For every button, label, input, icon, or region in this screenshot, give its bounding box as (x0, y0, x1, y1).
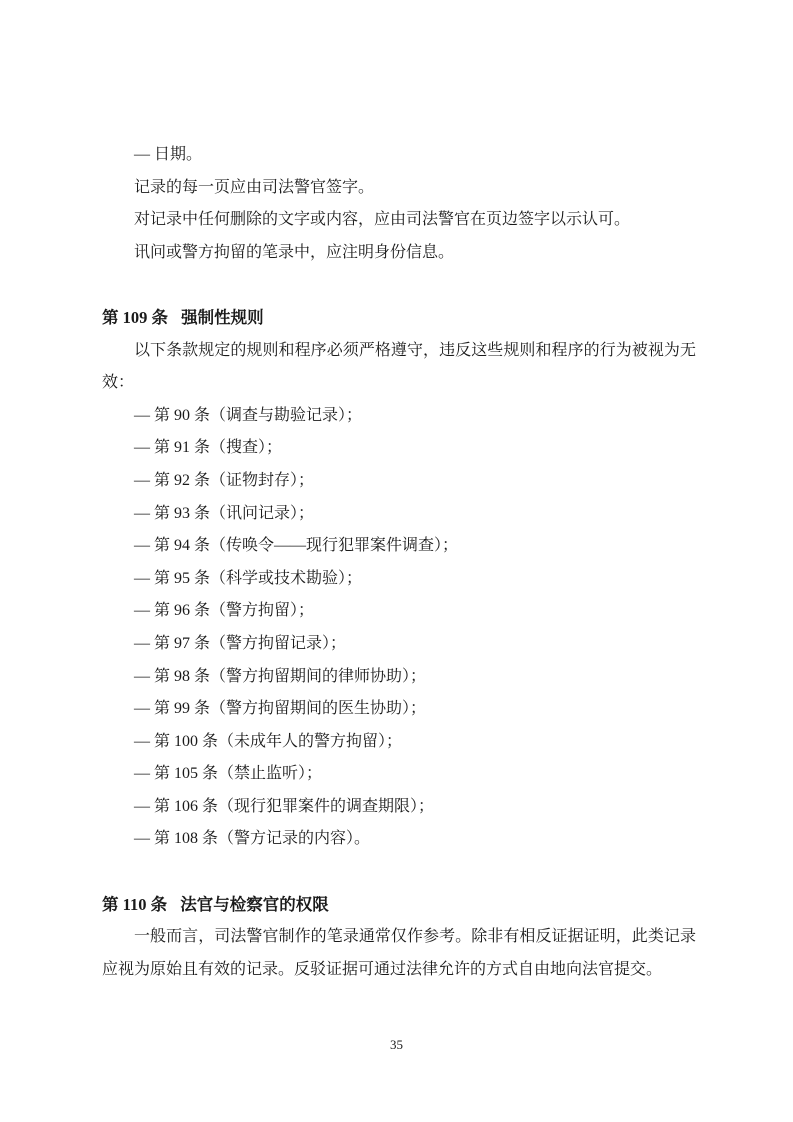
statute-item-95: — 第 95 条（科学或技术勘验）； (102, 563, 696, 596)
statute-item-100: — 第 100 条（未成年人的警方拘留）； (102, 726, 696, 759)
paragraph-identity-rule: 讯问或警方拘留的笔录中，应注明身份信息。 (102, 237, 696, 270)
statute-item-108: — 第 108 条（警方记录的内容）。 (102, 823, 696, 856)
article-109-title: 强制性规则 (181, 308, 264, 327)
list-item-continuation: — 日期。 (102, 139, 696, 172)
page-number: 35 (0, 1037, 793, 1053)
article-110-number: 第 110 条 (102, 895, 167, 914)
article-110-title: 法官与检察官的权限 (180, 895, 329, 914)
page-content: — 日期。 记录的每一页应由司法警官签字。 对记录中任何删除的文字或内容，应由司… (102, 139, 696, 986)
paragraph-deletion-rule: 对记录中任何删除的文字或内容，应由司法警官在页边签字以示认可。 (102, 204, 696, 237)
document-page: — 日期。 记录的每一页应由司法警官签字。 对记录中任何删除的文字或内容，应由司… (0, 0, 793, 1122)
article-110-heading: 第 110 条 法官与检察官的权限 (102, 889, 696, 922)
paragraph-signature-rule: 记录的每一页应由司法警官签字。 (102, 172, 696, 205)
statute-item-105: — 第 105 条（禁止监听）； (102, 758, 696, 791)
article-109-number: 第 109 条 (102, 308, 168, 327)
statute-item-93: — 第 93 条（讯问记录）； (102, 498, 696, 531)
statute-item-90: — 第 90 条（调查与勘验记录）； (102, 400, 696, 433)
statute-item-92: — 第 92 条（证物封存）； (102, 465, 696, 498)
statute-item-106: — 第 106 条（现行犯罪案件的调查期限）； (102, 791, 696, 824)
statute-item-98: — 第 98 条（警方拘留期间的律师协助）； (102, 661, 696, 694)
statute-item-99: — 第 99 条（警方拘留期间的医生协助）； (102, 693, 696, 726)
article-109-intro: 以下条款规定的规则和程序必须严格遵守，违反这些规则和程序的行为被视为无效： (102, 335, 696, 400)
statute-item-94: — 第 94 条（传唤令——现行犯罪案件调查）； (102, 530, 696, 563)
statute-item-97: — 第 97 条（警方拘留记录）； (102, 628, 696, 661)
statute-item-96: — 第 96 条（警方拘留）； (102, 595, 696, 628)
article-109-heading: 第 109 条 强制性规则 (102, 302, 696, 335)
article-110-body: 一般而言，司法警官制作的笔录通常仅作参考。除非有相反证据证明，此类记录应视为原始… (102, 921, 696, 986)
statute-item-91: — 第 91 条（搜查）； (102, 432, 696, 465)
